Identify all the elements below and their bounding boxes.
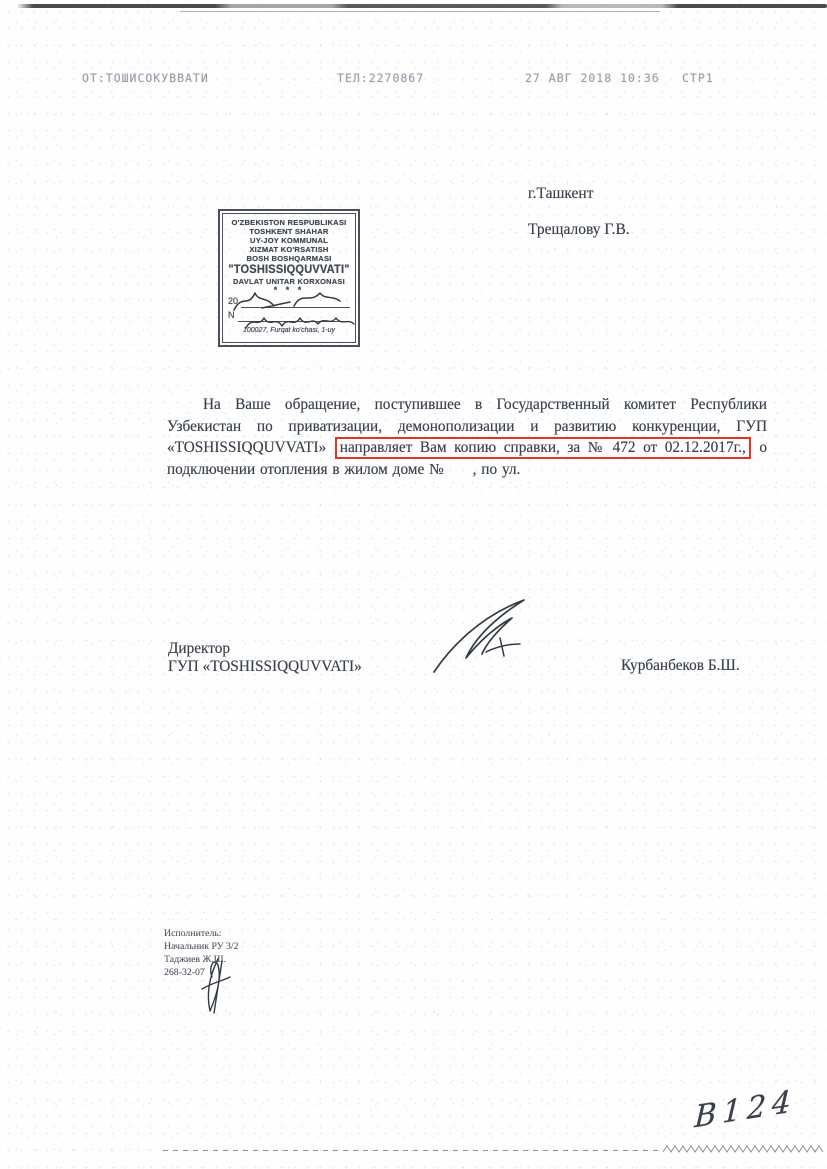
executor-block: Исполнитель: Начальник РУ 3/2 Таджиев Ж.… (164, 927, 239, 979)
paragraph-line-2: Узбекистан по приватизации, демонополиза… (167, 416, 767, 438)
official-stamp: O'ZBEKISTON RESPUBLIKASI TOSHKENT SHAHAR… (218, 209, 360, 347)
stamp-date-line: 20 (224, 294, 354, 308)
executor-label: Исполнитель: (164, 927, 239, 940)
scan-top-edge-artifact-2 (180, 11, 660, 12)
stamp-line-country: O'ZBEKISTON RESPUBLIKASI (224, 218, 354, 227)
executor-phone: 268-32-07 (164, 966, 239, 979)
recipient-city: г.Ташкент (528, 185, 593, 203)
stamp-line-dept2: XIZMAT KO'RSATISH (224, 245, 354, 254)
fax-header-tel: ТЕЛ:2270867 (337, 71, 424, 85)
stamp-number-rule (238, 309, 351, 322)
director-title-block: Директор ГУП «TOSHISSIQQUVVATI» (168, 640, 362, 675)
stamp-org-name: "TOSHISSIQQUVVATI" (227, 264, 352, 277)
stamp-date-rule (241, 295, 350, 308)
handwritten-note: В124 (694, 1084, 798, 1136)
director-title: Директор (168, 640, 362, 658)
stamp-line-dept3: BOSH BOSHQARMASI (224, 254, 354, 263)
director-signature (428, 596, 538, 678)
paragraph-line-3-suffix: о (759, 439, 767, 456)
paragraph-line-3: «TOSHISSIQQUVVATI» направляет Вам копию … (167, 437, 767, 459)
red-highlight-box: направляет Вам копию справки, за № 472 о… (335, 437, 751, 459)
stamp-address: 100027, Furqat ko'chasi, 1-uy (224, 326, 354, 335)
body-paragraph: На Ваше обращение, поступившее в Государ… (167, 394, 767, 480)
stamp-number-prefix: N (228, 308, 235, 322)
recipient-name: Трещалову Г.В. (528, 221, 630, 239)
scan-top-edge-artifact (0, 4, 827, 8)
stamp-line-dept1: UY-JOY KOMMUNAL (224, 236, 354, 245)
stamp-number-line: N (224, 308, 354, 322)
paragraph-line-3-prefix: «TOSHISSIQQUVVATI» (167, 439, 326, 456)
scan-bottom-dashes (163, 1150, 663, 1151)
fax-header-from: ОТ:ТОШИСОКУВВАТИ (82, 71, 209, 85)
fax-header-datetime: 27 АВГ 2018 10:36 (525, 71, 660, 85)
paragraph-line-4: подключении отопления в жилом доме № , п… (167, 459, 767, 481)
scanned-fax-document: { "fax_header": { "from": "ОТ:ТОШИСОКУВВ… (0, 0, 827, 1169)
fax-header-page: СТР1 (682, 71, 714, 85)
paragraph-line-1: На Ваше обращение, поступившее в Государ… (167, 394, 767, 416)
executor-name: Таджиев Ж.Ш. (164, 953, 239, 966)
director-org: ГУП «TOSHISSIQQUVVATI» (168, 658, 362, 676)
signer-name: Курбанбеков Б.Ш. (621, 657, 740, 675)
stamp-year-prefix: 20 (228, 294, 238, 308)
stamp-stars-divider: * * * (224, 286, 354, 294)
executor-position: Начальник РУ 3/2 (164, 940, 239, 953)
stamp-line-city: TOSHKENT SHAHAR (224, 227, 354, 236)
scan-bottom-zigzag (663, 1144, 827, 1154)
